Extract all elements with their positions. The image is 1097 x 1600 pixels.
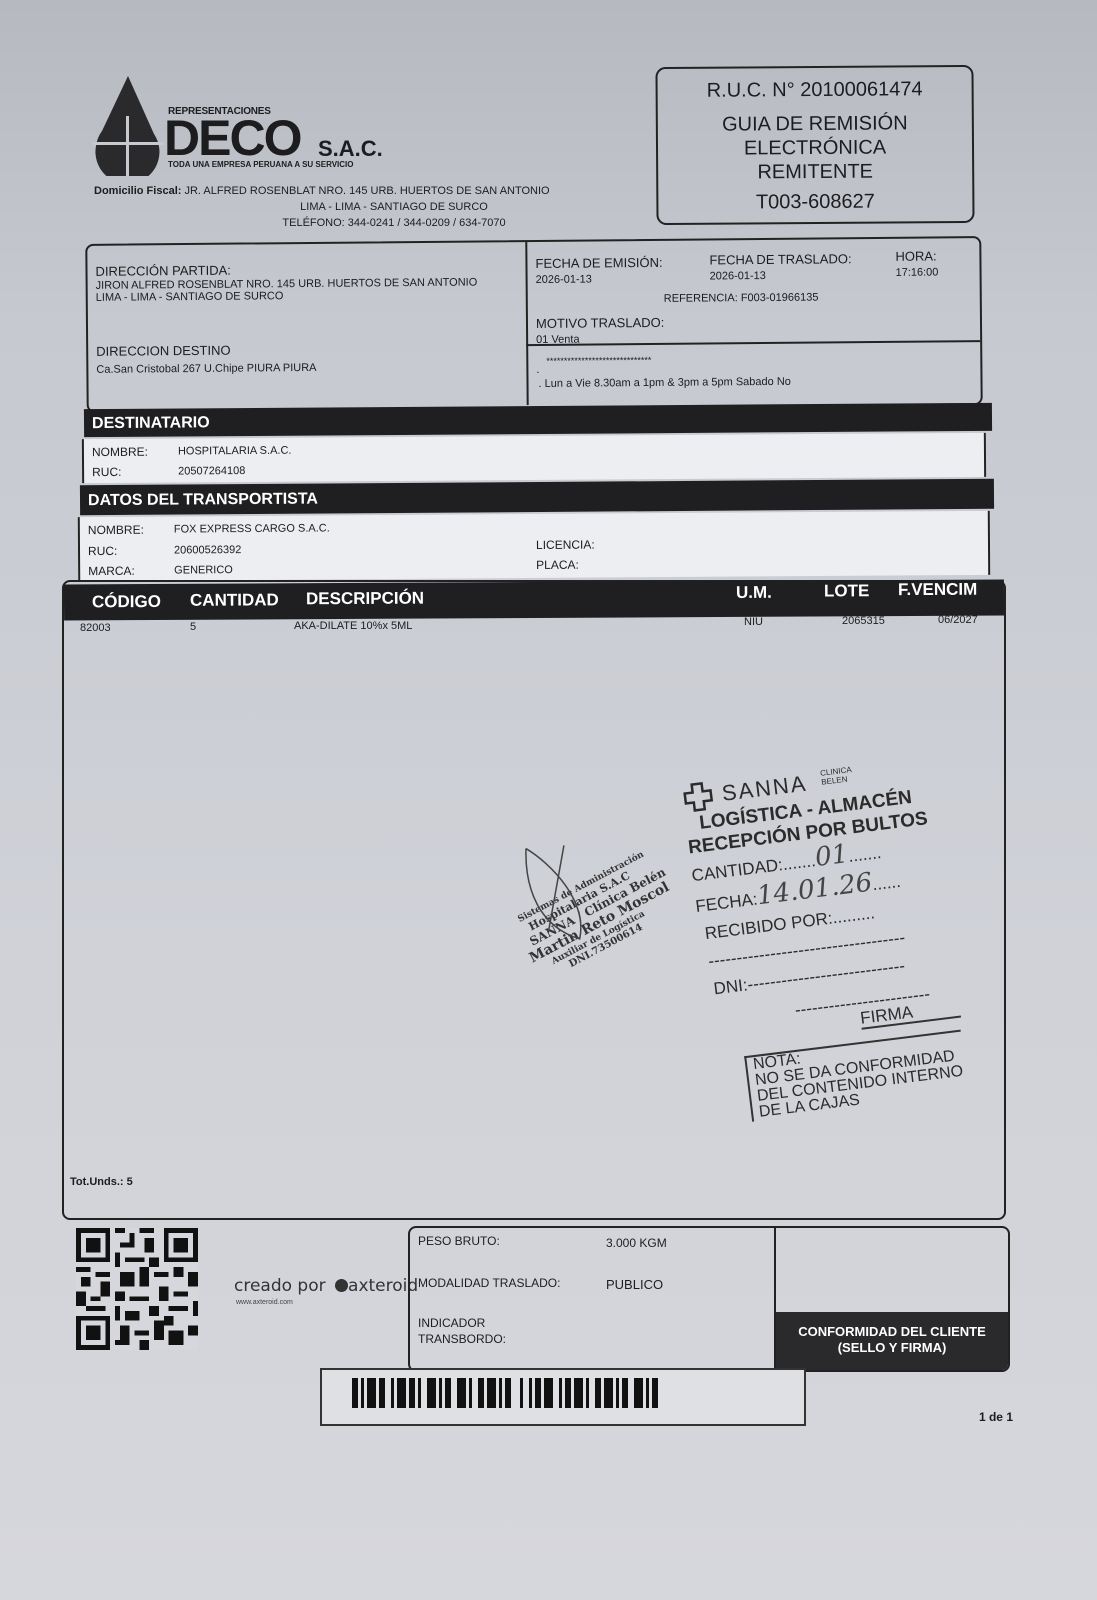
destinatario-ruc: 20507264108 <box>178 465 245 477</box>
row-vencim: 06/2027 <box>938 614 978 626</box>
reception-stamp: SANNA CLINICA BELEN LOGÍSTICA - ALMACÉN … <box>680 748 982 1137</box>
motivo-label: MOTIVO TRASLADO: <box>536 315 664 331</box>
delivery-schedule: . Lun a Vie 8.30am a 1pm & 3pm a 5pm Sab… <box>538 376 790 390</box>
page-indicator: 1 de 1 <box>979 1410 1013 1424</box>
peso-value: 3.000 KGM <box>606 1236 667 1250</box>
partida-line2: LIMA - LIMA - SANTIAGO DE SURCO <box>96 290 284 304</box>
doc-title-line1: GUIA DE REMISIÓN <box>658 111 972 137</box>
transportista-ruc: 20600526392 <box>174 544 241 556</box>
row-cantidad: 5 <box>190 621 196 633</box>
referencia: REFERENCIA: F003-01966135 <box>664 292 819 305</box>
row-um: NIU <box>744 616 763 628</box>
doc-title-line3: REMITENTE <box>658 159 972 185</box>
modalidad-label: MODALIDAD TRASLADO: <box>418 1276 560 1290</box>
creado-url: www.axteroid.com <box>236 1299 293 1306</box>
sanna-cross-icon <box>680 780 715 814</box>
table-row: 82003 5 AKA-DILATE 10%x 5ML NIU 2065315 … <box>64 618 1004 638</box>
hora-value: 17:16:00 <box>896 266 939 278</box>
creado-por-text: creado por <box>234 1276 326 1296</box>
cantidad-value: 01 <box>813 839 850 873</box>
note-stars: ****************************** <box>546 355 651 366</box>
barcode[interactable] <box>320 1368 806 1426</box>
company-ruc: R.U.C. N° 20100061474 <box>658 77 972 103</box>
fecha-traslado-label: FECHA DE TRASLADO: <box>709 251 851 267</box>
client-conformity-box: CONFORMIDAD DEL CLIENTE (SELLO Y FIRMA) <box>776 1312 1008 1370</box>
conformidad-line1: CONFORMIDAD DEL CLIENTE <box>776 1324 1008 1340</box>
col-descripcion: DESCRIPCIÓN <box>306 589 424 610</box>
indicador-label-1: INDICADOR <box>418 1316 485 1330</box>
fiscal-label: Domicilio Fiscal: <box>94 185 181 197</box>
row-lote: 2065315 <box>842 615 885 627</box>
indicador-label-2: TRANSBORDO: <box>418 1332 506 1346</box>
transportista-nombre: FOX EXPRESS CARGO S.A.C. <box>174 522 330 535</box>
destino-label: DIRECCION DESTINO <box>96 343 230 359</box>
fiscal-city: LIMA - LIMA - SANTIAGO DE SURCO <box>94 199 544 215</box>
doc-title-line2: ELECTRÓNICA <box>658 135 972 161</box>
transport-summary-box: PESO BRUTO: 3.000 KGM MODALIDAD TRASLADO… <box>408 1226 1010 1372</box>
partida-label: DIRECCIÓN PARTIDA: <box>95 263 230 279</box>
transportista-ruc-label: RUC: <box>88 544 117 558</box>
conformidad-line2: (SELLO Y FIRMA) <box>776 1340 1008 1356</box>
fiscal-address: JR. ALFRED ROSENBLAT NRO. 145 URB. HUERT… <box>184 185 549 197</box>
peso-label: PESO BRUTO: <box>418 1234 500 1248</box>
fecha-traslado-value: 2026-01-13 <box>710 270 766 282</box>
fecha-emision-value: 2026-01-13 <box>536 273 592 285</box>
drop-logo-icon <box>92 76 164 176</box>
col-cantidad: CANTIDAD <box>190 590 279 610</box>
total-units: Tot.Unds.: 5 <box>70 1176 133 1188</box>
motivo-value: 01 Venta <box>536 334 580 346</box>
dni-label: DNI: <box>713 975 749 998</box>
document-number: T003-608627 <box>658 189 972 215</box>
brand-name: DECO <box>164 110 300 166</box>
destinatario-ruc-label: RUC: <box>92 465 121 479</box>
modalidad-value: PUBLICO <box>606 1277 663 1292</box>
transportista-section: NOMBRE: FOX EXPRESS CARGO S.A.C. RUC: 20… <box>78 511 990 581</box>
note-dot: . <box>536 364 539 376</box>
col-vencim: F.VENCIM <box>898 580 977 600</box>
col-lote: LOTE <box>824 581 869 601</box>
qr-code-icon[interactable] <box>76 1226 198 1352</box>
fiscal-address-block: Domicilio Fiscal: JR. ALFRED ROSENBLAT N… <box>94 183 594 231</box>
creado-por: creado por axteroid <box>234 1276 418 1296</box>
brand-suffix: S.A.C. <box>318 136 383 162</box>
sanna-clinic: CLINICA BELEN <box>820 764 862 787</box>
fecha-emision-label: FECHA DE EMISIÓN: <box>535 255 662 271</box>
shipment-info-frame: DIRECCIÓN PARTIDA: JIRON ALFRED ROSENBLA… <box>85 236 982 413</box>
row-codigo: 82003 <box>80 622 111 634</box>
company-phones: TELÉFONO: 344-0241 / 344-0209 / 634-7070 <box>94 215 544 231</box>
transportista-nombre-label: NOMBRE: <box>88 523 144 537</box>
brand-tagline: TODA UNA EMPRESA PERUANA A SU SERVICIO <box>168 160 354 169</box>
transportista-header: DATOS DEL TRANSPORTISTA <box>80 479 994 515</box>
hora-label: HORA: <box>895 248 936 263</box>
placa-label: PLACA: <box>536 558 579 572</box>
row-descripcion: AKA-DILATE 10%x 5ML <box>294 620 412 632</box>
partida-line1: JIRON ALFRED ROSENBLAT NRO. 145 URB. HUE… <box>96 276 478 291</box>
licencia-label: LICENCIA: <box>536 538 595 552</box>
document-id-box: R.U.C. N° 20100061474 GUIA DE REMISIÓN E… <box>655 65 974 225</box>
destinatario-header: DESTINATARIO <box>84 403 992 437</box>
transportista-marca: GENERICO <box>174 564 233 576</box>
destinatario-nombre: HOSPITALARIA S.A.C. <box>178 445 292 458</box>
col-um: U.M. <box>736 583 772 603</box>
col-codigo: CÓDIGO <box>92 592 161 612</box>
destinatario-section: NOMBRE: HOSPITALARIA S.A.C. RUC: 2050726… <box>82 433 986 483</box>
barcode-icon <box>322 1370 804 1424</box>
transportista-marca-label: MARCA: <box>88 564 135 578</box>
stamp-note-box: NOTA: NO SE DA CONFORMIDAD DEL CONTENIDO… <box>744 1030 968 1122</box>
fecha-label: FECHA: <box>694 890 758 916</box>
destino-value: Ca.San Cristobal 267 U.Chipe PIURA PIURA <box>96 362 316 376</box>
destinatario-nombre-label: NOMBRE: <box>92 445 148 459</box>
axteroid-logo-icon <box>335 1279 348 1292</box>
